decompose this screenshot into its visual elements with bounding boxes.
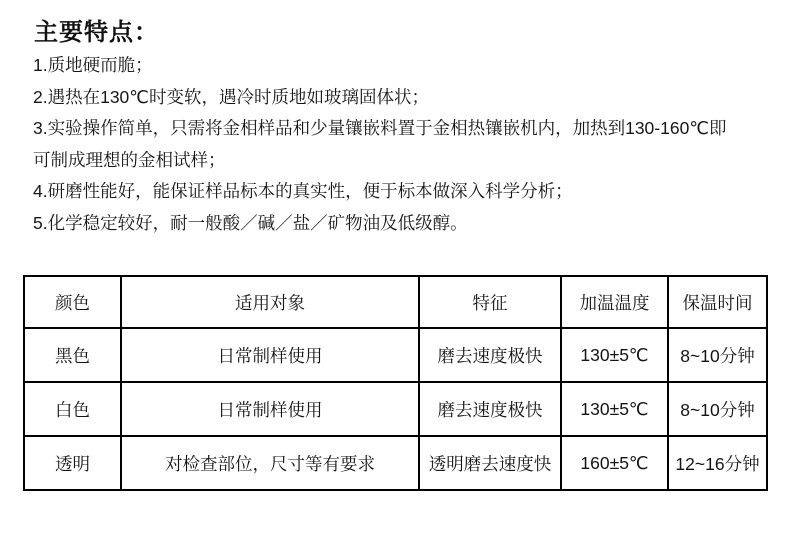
feature-item-3: 3.实验操作简单，只需将金相样品和少量镶嵌料置于金相热镶嵌机内，加热到130-1… <box>33 113 769 176</box>
cell-feature: 磨去速度极快 <box>419 328 561 382</box>
header-heating-temp: 加温温度 <box>561 276 668 328</box>
table-row: 白色 日常制样使用 磨去速度极快 130±5℃ 8~10分钟 <box>24 382 767 436</box>
header-holding-time: 保温时间 <box>668 276 767 328</box>
cell-applicable: 对检查部位，尺寸等有要求 <box>121 436 419 490</box>
header-applicable: 适用对象 <box>121 276 419 328</box>
cell-holding-time: 8~10分钟 <box>668 328 767 382</box>
feature-list: 1.质地硬而脆； 2.遇热在130℃时变软，遇冷时质地如玻璃固体状； 3.实验操… <box>33 50 769 239</box>
cell-color: 白色 <box>24 382 121 436</box>
feature-item-5: 5.化学稳定较好，耐一般酸／碱／盐／矿物油及低级醇。 <box>33 208 769 240</box>
header-feature: 特征 <box>419 276 561 328</box>
cell-color: 透明 <box>24 436 121 490</box>
cell-holding-time: 8~10分钟 <box>668 382 767 436</box>
table-header-row: 颜色 适用对象 特征 加温温度 保温时间 <box>24 276 767 328</box>
cell-applicable: 日常制样使用 <box>121 382 419 436</box>
cell-heating-temp: 130±5℃ <box>561 328 668 382</box>
cell-feature: 透明磨去速度快 <box>419 436 561 490</box>
cell-color: 黑色 <box>24 328 121 382</box>
feature-item-2: 2.遇热在130℃时变软，遇冷时质地如玻璃固体状； <box>33 82 769 114</box>
cell-applicable: 日常制样使用 <box>121 328 419 382</box>
product-feature-page: 主要特点： 1.质地硬而脆； 2.遇热在130℃时变软，遇冷时质地如玻璃固体状；… <box>0 0 790 538</box>
cell-heating-temp: 160±5℃ <box>561 436 668 490</box>
page-title: 主要特点： <box>34 12 159 47</box>
cell-feature: 磨去速度极快 <box>419 382 561 436</box>
header-color: 颜色 <box>24 276 121 328</box>
feature-item-4: 4.研磨性能好，能保证样品标本的真实性，便于标本做深入科学分析； <box>33 176 769 208</box>
table-row: 黑色 日常制样使用 磨去速度极快 130±5℃ 8~10分钟 <box>24 328 767 382</box>
spec-table: 颜色 适用对象 特征 加温温度 保温时间 黑色 日常制样使用 磨去速度极快 13… <box>23 275 768 491</box>
table-row: 透明 对检查部位，尺寸等有要求 透明磨去速度快 160±5℃ 12~16分钟 <box>24 436 767 490</box>
cell-heating-temp: 130±5℃ <box>561 382 668 436</box>
feature-item-1: 1.质地硬而脆； <box>33 50 769 82</box>
cell-holding-time: 12~16分钟 <box>668 436 767 490</box>
